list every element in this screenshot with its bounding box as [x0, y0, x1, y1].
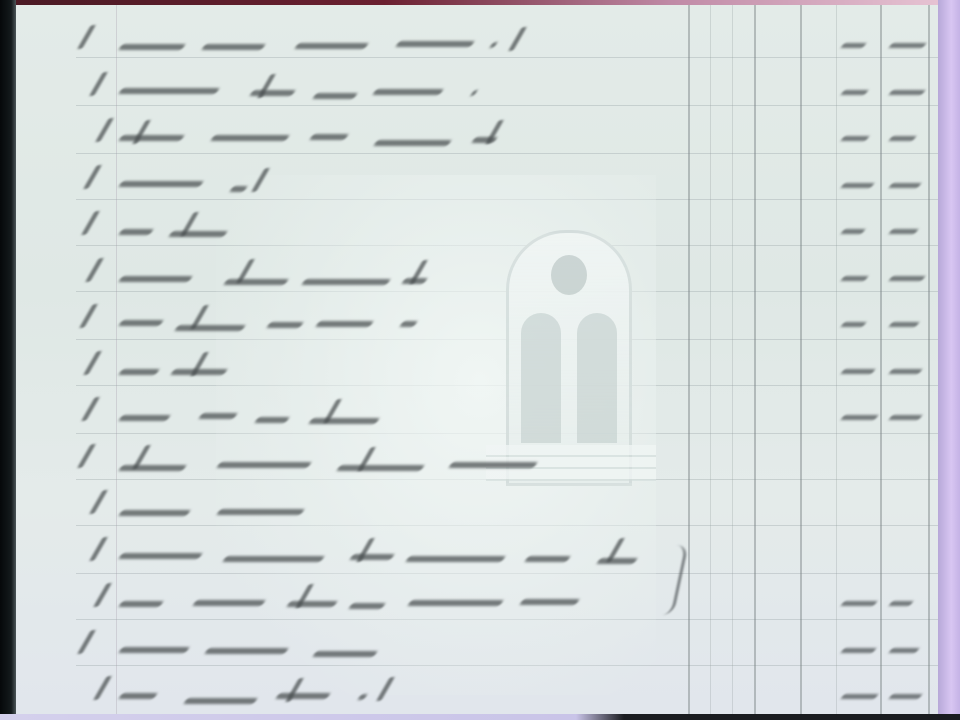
- amount-mark: [840, 276, 869, 281]
- ink-stroke: [275, 693, 332, 699]
- ink-stroke: [229, 186, 248, 192]
- ledger-entry: [illegible handwriting]: [76, 112, 656, 152]
- ledger-entry: [illegible handwriting]: [76, 19, 656, 59]
- amount-mark: [888, 43, 927, 48]
- amount-mark: [840, 90, 869, 95]
- right-edge-border: [938, 0, 960, 720]
- ledger-entry: [illegible handwriting] £ x ½ [illegible…: [76, 531, 656, 571]
- ink-stroke: [448, 462, 538, 468]
- amount-mark: [888, 183, 921, 188]
- amount-mark: [888, 90, 926, 95]
- amount-mark: [840, 136, 869, 141]
- ink-stroke: [372, 89, 444, 95]
- amount-mark: [840, 322, 867, 327]
- ink-stroke: [373, 140, 452, 146]
- ink-stroke: [118, 510, 191, 516]
- ink-stroke: [118, 465, 187, 471]
- ledger-entry: [illegible handwriting]: [76, 205, 656, 245]
- amount-mark: [888, 229, 919, 234]
- ink-stroke: [395, 41, 475, 47]
- ink-stroke: [489, 42, 498, 48]
- ink-stroke: [222, 556, 326, 562]
- ink-stroke: [118, 320, 164, 326]
- ledger-page: [illegible handwriting][illegible handwr…: [16, 5, 938, 714]
- brace-mark: [657, 545, 689, 615]
- ledger-entry: [illegible handwriting]: [76, 577, 656, 617]
- column-rule: [836, 5, 837, 714]
- ink-stroke: [399, 321, 418, 327]
- ink-stroke: [336, 465, 425, 471]
- amount-mark: [888, 136, 917, 141]
- left-edge-border: [0, 0, 16, 720]
- amount-mark: [888, 322, 919, 327]
- entry-text: [illegible handwriting]: [76, 298, 280, 319]
- ink-stroke: [312, 93, 358, 99]
- ledger-entry: [illegible handwriting]: [76, 66, 656, 106]
- entry-text: [illegible handwriting]: [76, 205, 280, 226]
- ink-stroke: [118, 229, 154, 235]
- column-rule: [800, 5, 802, 714]
- amount-mark: [840, 43, 866, 48]
- ink-stroke: [118, 135, 185, 141]
- ink-stroke: [470, 90, 478, 96]
- ink-stroke: [524, 556, 571, 562]
- ink-stroke: [201, 44, 266, 50]
- ink-stroke: [170, 369, 228, 375]
- ink-stroke: [118, 601, 165, 607]
- ink-stroke: [357, 694, 368, 700]
- ink-stroke: [118, 88, 220, 94]
- ink-stroke: [407, 600, 504, 606]
- ink-stroke: [508, 27, 527, 51]
- amount-mark: [840, 183, 874, 188]
- amount-mark: [888, 648, 919, 653]
- ink-stroke: [286, 601, 338, 607]
- entry-text: [illegible handwriting]: [76, 391, 280, 412]
- amount-mark: [888, 415, 923, 420]
- amount-mark: [840, 601, 877, 606]
- amount-mark: [888, 369, 922, 374]
- ink-stroke: [301, 279, 391, 285]
- ink-stroke: [266, 322, 304, 328]
- ledger-entry: [illegible handwriting] £ x ½: [76, 438, 656, 478]
- ink-stroke: [471, 137, 498, 143]
- ink-stroke: [216, 509, 305, 515]
- column-rule: [732, 5, 733, 714]
- amount-mark: [840, 229, 866, 234]
- ink-stroke: [118, 693, 158, 699]
- entry-text: [illegible handwriting]: [76, 484, 280, 505]
- amount-mark: [840, 694, 879, 699]
- ledger-entry: [illegible handwriting]: [76, 159, 656, 199]
- ledger-photo: [illegible handwriting][illegible handwr…: [0, 0, 960, 720]
- ledger-entry: [illegible handwriting] £ x ½: [76, 624, 656, 664]
- entry-text: [illegible handwriting]: [76, 66, 280, 87]
- ledger-entry: [illegible handwriting] £ x ½: [76, 670, 656, 710]
- entry-text: [illegible handwriting] £ x ½: [76, 438, 336, 459]
- ink-stroke: [204, 648, 289, 654]
- amount-mark: [888, 694, 922, 699]
- column-rule: [880, 5, 882, 714]
- entry-text: [illegible handwriting] £ x ½: [76, 624, 336, 645]
- ink-stroke: [118, 553, 203, 559]
- amount-mark: [888, 276, 925, 281]
- entry-text: [illegible handwriting] £ x ½ [illegible…: [76, 531, 429, 552]
- amount-mark: [840, 648, 877, 653]
- column-rule: [688, 5, 690, 714]
- column-rule: [928, 5, 930, 714]
- ruled-line: [76, 153, 938, 154]
- ink-stroke: [312, 651, 378, 657]
- ledger-entry: [illegible handwriting]: [76, 252, 656, 292]
- ink-stroke: [118, 647, 190, 653]
- ink-stroke: [405, 556, 506, 562]
- ink-stroke: [216, 462, 312, 468]
- ink-stroke: [294, 43, 369, 49]
- ledger-entry: [illegible handwriting]: [76, 298, 656, 338]
- ink-stroke: [182, 698, 257, 704]
- ink-stroke: [118, 415, 171, 421]
- ink-stroke: [315, 321, 374, 327]
- ink-stroke: [254, 417, 290, 423]
- ink-stroke: [192, 600, 266, 606]
- ink-stroke: [309, 134, 350, 140]
- ink-stroke: [118, 181, 204, 187]
- amount-mark: [888, 601, 914, 606]
- column-rule: [710, 5, 711, 714]
- ink-stroke: [519, 599, 580, 605]
- column-rule: [754, 5, 756, 714]
- entry-text: [illegible handwriting]: [76, 159, 280, 180]
- ink-stroke: [210, 135, 290, 141]
- ledger-entry: [illegible handwriting]: [76, 345, 656, 385]
- ink-stroke: [348, 603, 386, 609]
- amount-mark: [840, 369, 876, 374]
- ink-stroke: [349, 554, 395, 560]
- ink-stroke: [118, 276, 193, 282]
- ink-stroke: [118, 369, 160, 375]
- entry-text: [illegible handwriting]: [76, 345, 280, 366]
- ink-stroke: [118, 44, 187, 50]
- ink-stroke: [198, 413, 238, 419]
- ledger-entry: [illegible handwriting]: [76, 391, 656, 431]
- bottom-edge-artifact: [0, 714, 960, 720]
- ink-stroke: [168, 231, 228, 237]
- ink-stroke: [174, 325, 246, 331]
- ink-stroke: [308, 418, 380, 424]
- ink-stroke: [595, 558, 638, 564]
- ledger-entry: [illegible handwriting]: [76, 484, 656, 524]
- ink-stroke: [223, 279, 289, 285]
- ink-stroke: [376, 677, 395, 701]
- amount-mark: [840, 415, 878, 420]
- entry-text: [illegible handwriting]: [76, 19, 280, 40]
- ink-stroke: [249, 90, 296, 96]
